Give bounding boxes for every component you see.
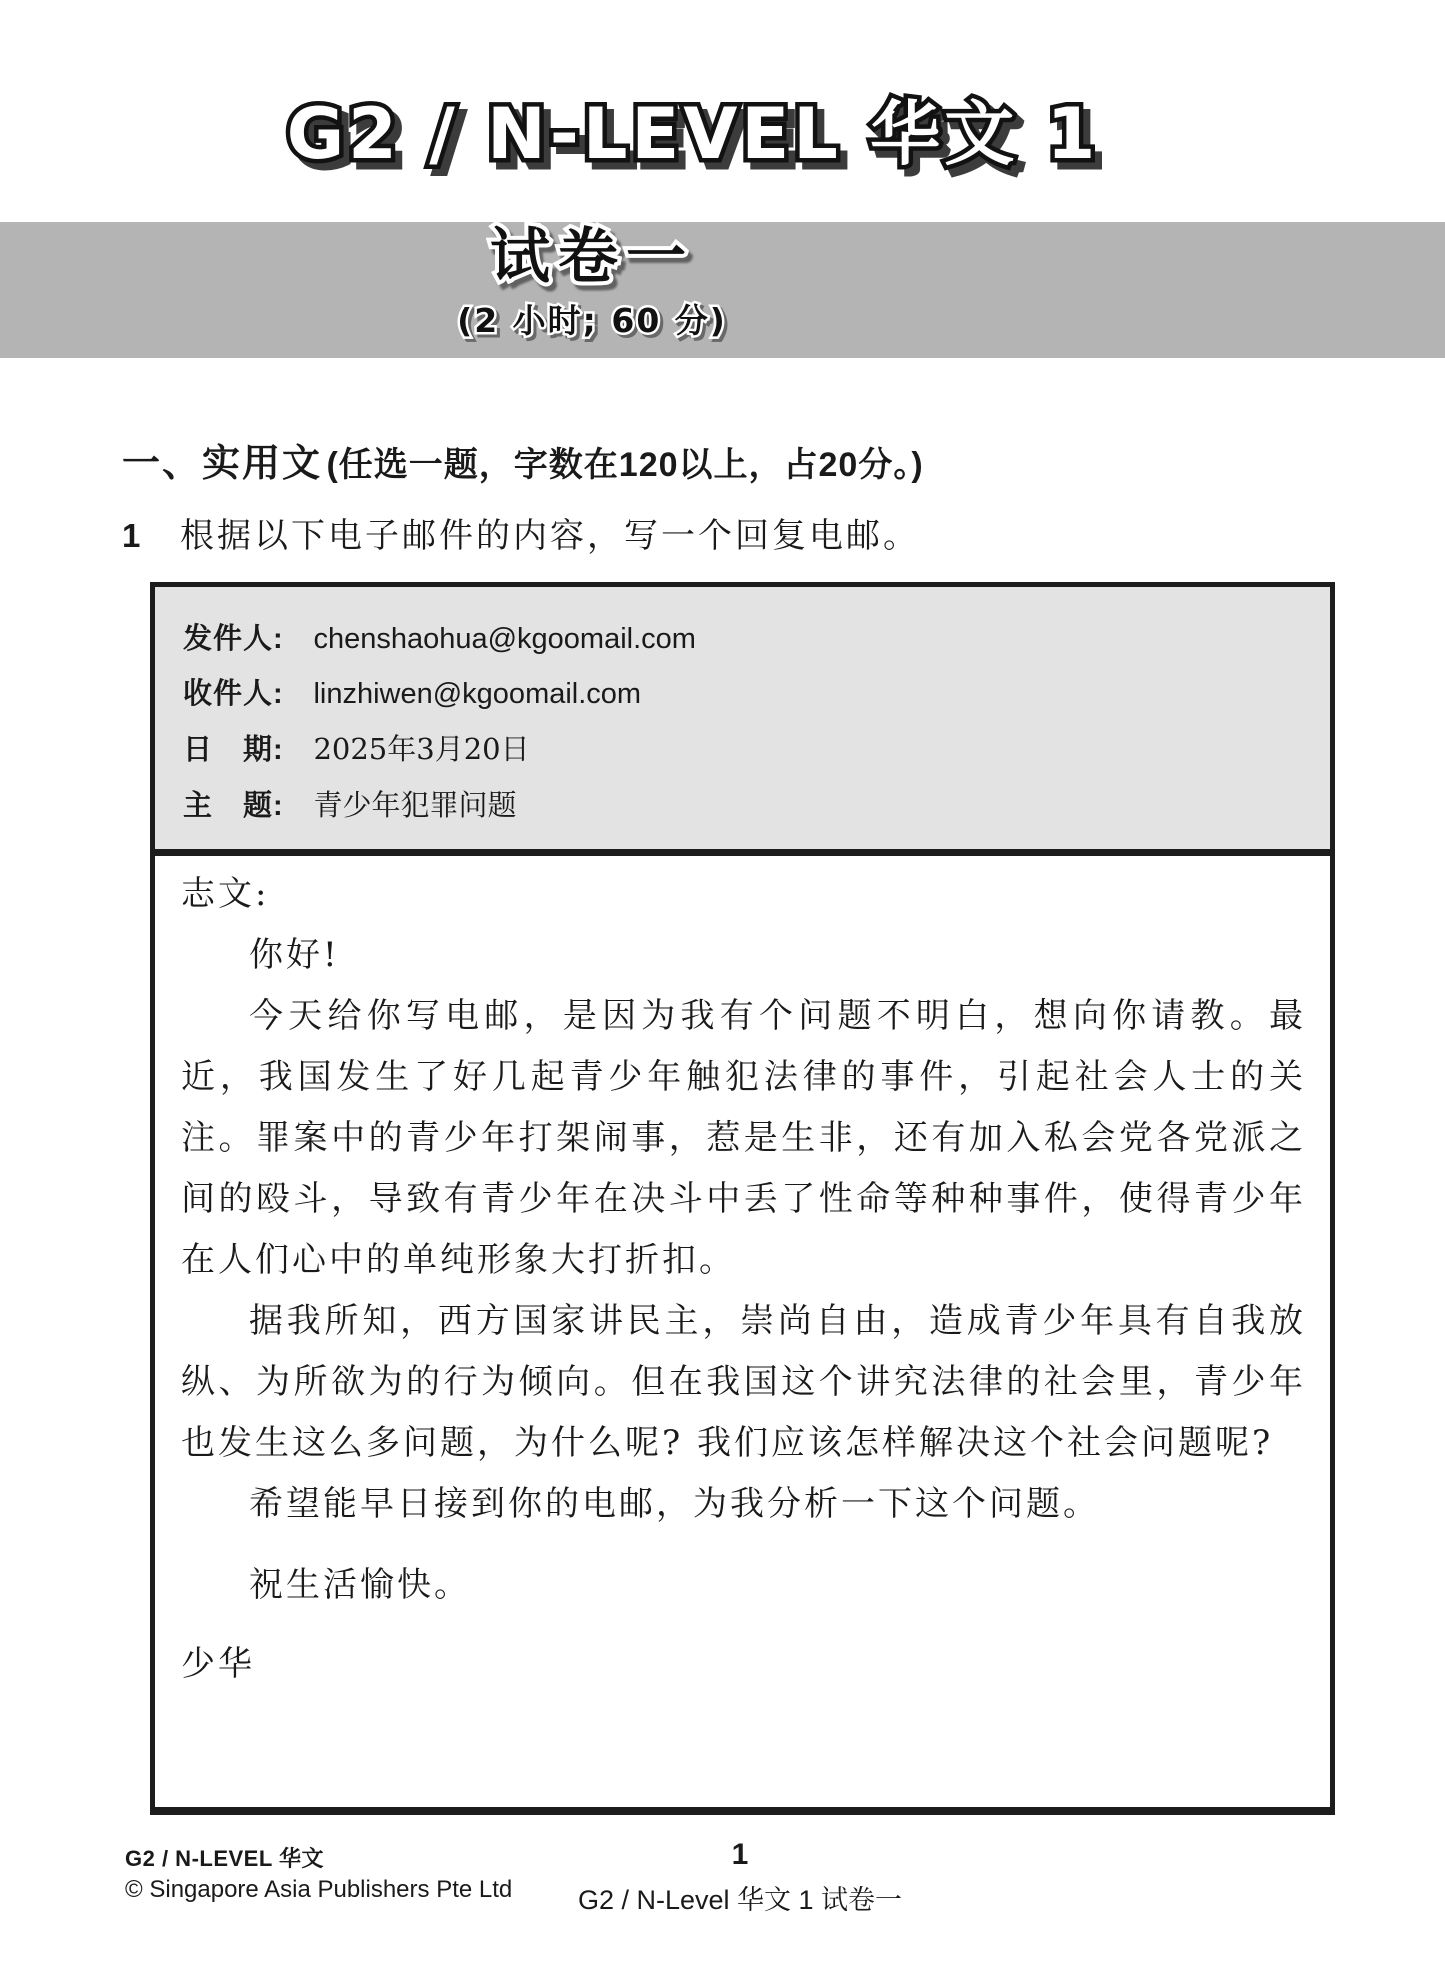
- email-header-row-to: 收件人: linzhiwen@kgoomail.com: [183, 669, 1305, 724]
- subject-value: 青少年犯罪问题: [313, 788, 516, 822]
- email-greeting: 你好!: [181, 925, 1306, 986]
- paper-banner-text: 试卷一 (2 小时; 60 分): [457, 224, 727, 342]
- date-value: 2025年3月20日: [313, 732, 529, 766]
- email-body: 志文: 你好! 今天给你写电邮，是因为我有个问题不明白，想向你请教。最近，我国发…: [155, 856, 1330, 1695]
- exam-page: G2 / N-LEVEL 华文 1 试卷一 (2 小时; 60 分) 一、实用文…: [0, 0, 1445, 1969]
- date-label: 日 期:: [183, 725, 295, 775]
- to-value: linzhiwen@kgoomail.com: [313, 678, 641, 710]
- footer-center: 1 G2 / N-Level 华文 1 试卷一: [578, 1838, 902, 1917]
- footer-left: G2 / N-LEVEL 华文 © Singapore Asia Publish…: [125, 1843, 512, 1905]
- page-number: 1: [578, 1838, 902, 1872]
- to-label: 收件人:: [183, 669, 295, 719]
- email-salutation: 志文:: [181, 864, 1306, 925]
- section-heading: 一、实用文 (任选一题，字数在120以上，占20分。): [122, 432, 1332, 487]
- footer-series-title: G2 / N-LEVEL 华文: [125, 1843, 512, 1874]
- section-title: 一、实用文: [122, 443, 322, 485]
- email-box: 发件人: chenshaohua@kgoomail.com 收件人: linzh…: [150, 582, 1335, 1815]
- subject-label: 主 题:: [183, 781, 295, 831]
- email-header: 发件人: chenshaohua@kgoomail.com 收件人: linzh…: [155, 587, 1330, 856]
- email-paragraph-3: 希望能早日接到你的电邮，为我分析一下这个问题。: [181, 1474, 1306, 1535]
- question-text: 根据以下电子邮件的内容，写一个回复电邮。: [180, 516, 920, 556]
- footer-copyright: © Singapore Asia Publishers Pte Ltd: [125, 1874, 512, 1905]
- email-closing: 祝生活愉快。: [181, 1555, 1306, 1616]
- email-paragraph-2: 据我所知，西方国家讲民主，崇尚自由，造成青少年具有自我放纵、为所欲为的行为倾向。…: [181, 1291, 1306, 1474]
- question-1: 1根据以下电子邮件的内容，写一个回复电邮。: [122, 508, 1332, 557]
- paper-banner: 试卷一 (2 小时; 60 分): [0, 222, 1445, 358]
- question-number: 1: [122, 517, 180, 555]
- footer-caption: G2 / N-Level 华文 1 试卷一: [578, 1878, 902, 1917]
- paper-banner-subtitle: (2 小时; 60 分): [457, 295, 727, 342]
- email-header-row-date: 日 期: 2025年3月20日: [183, 724, 1305, 780]
- paper-banner-title: 试卷一: [457, 224, 727, 290]
- document-title: G2 / N-LEVEL 华文 1: [287, 78, 1100, 179]
- from-value: chenshaohua@kgoomail.com: [313, 623, 696, 655]
- email-signature: 少华: [181, 1634, 1306, 1695]
- from-label: 发件人:: [183, 614, 295, 664]
- section-note: (任选一题，字数在120以上，占20分。): [326, 446, 923, 484]
- email-paragraph-1: 今天给你写电邮，是因为我有个问题不明白，想向你请教。最近，我国发生了好几起青少年…: [181, 986, 1306, 1291]
- email-header-row-subject: 主 题: 青少年犯罪问题: [183, 780, 1305, 836]
- email-header-row-from: 发件人: chenshaohua@kgoomail.com: [183, 614, 1305, 669]
